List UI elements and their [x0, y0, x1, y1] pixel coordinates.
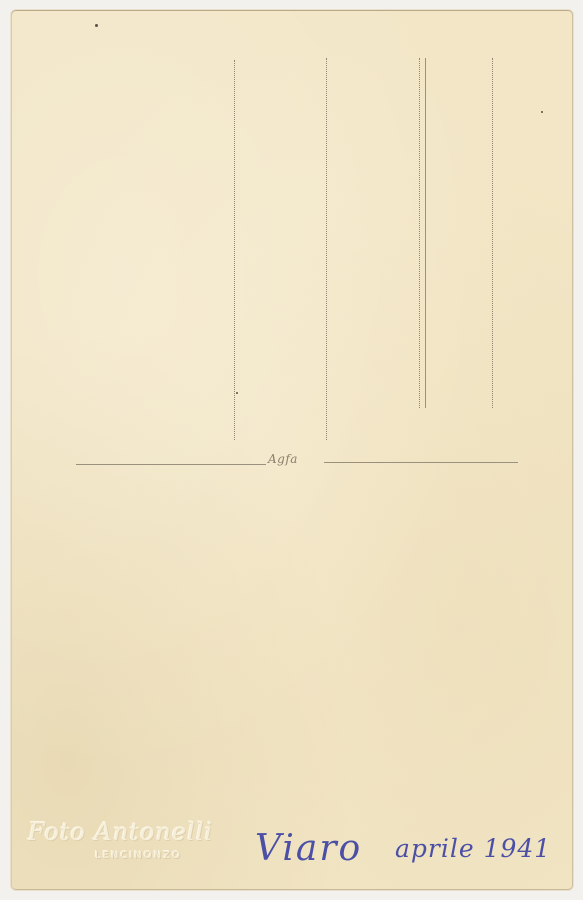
photographer-emboss-town: LENCINONZO — [95, 850, 182, 861]
handwritten-place: Viaro — [255, 828, 362, 869]
dotted-guide-line-2 — [326, 58, 327, 440]
paper-speck — [95, 24, 98, 27]
divider-line-right — [324, 462, 518, 463]
dotted-guide-line-3 — [419, 58, 420, 408]
paper-speck — [236, 392, 238, 394]
dotted-guide-line-1 — [234, 60, 235, 440]
photographer-emboss-script: Foto Antonelli — [28, 818, 213, 846]
paper-speck — [541, 111, 543, 113]
handwritten-date: aprile 1941 — [395, 834, 551, 863]
divider-line-left — [76, 464, 266, 465]
agfa-brand-mark: Agfa — [268, 452, 298, 466]
dotted-guide-line-4 — [492, 58, 493, 408]
postcard-back — [11, 10, 573, 890]
solid-guide-line — [425, 58, 426, 408]
